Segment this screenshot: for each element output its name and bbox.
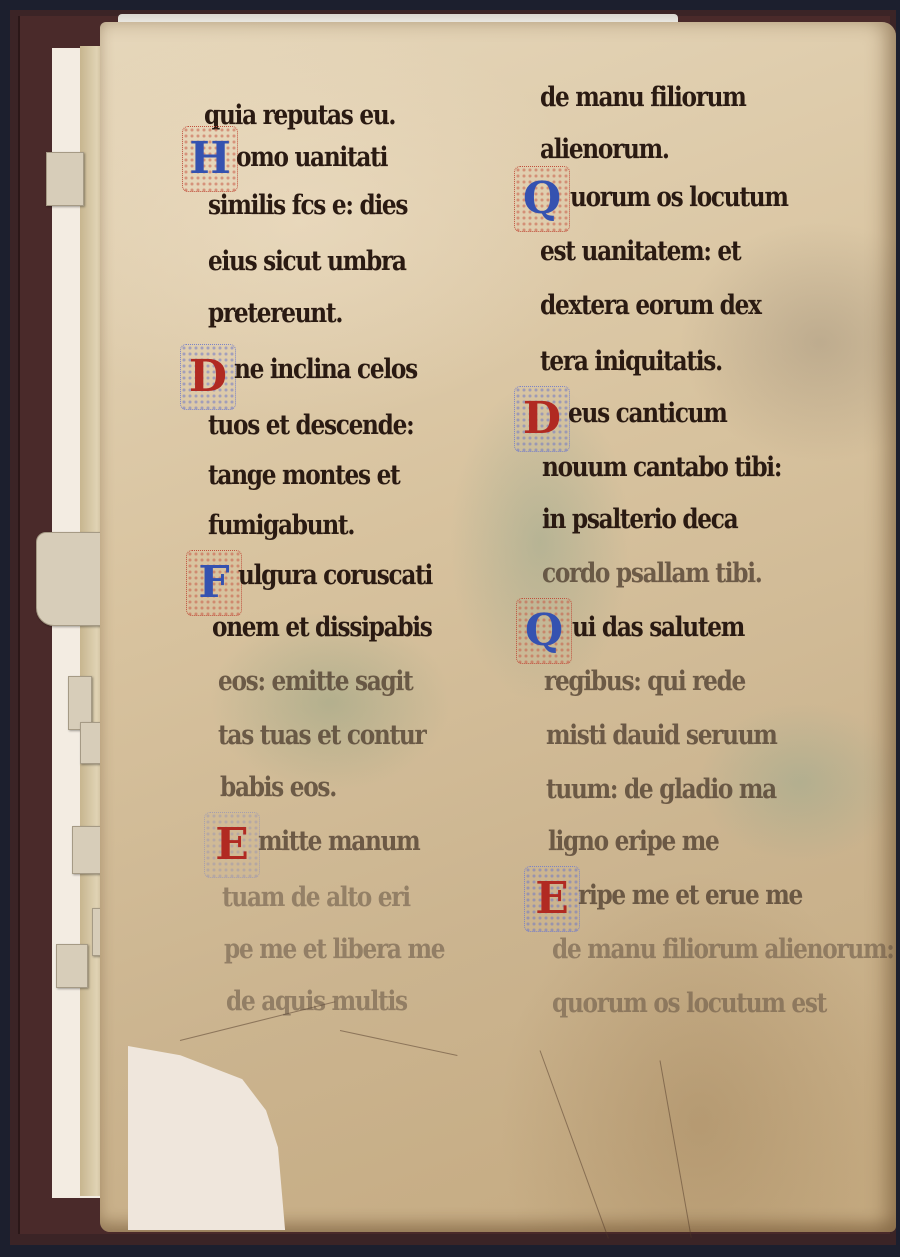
text-line: misti dauid seruum bbox=[546, 720, 777, 751]
illuminated-initial-e: E bbox=[210, 818, 254, 872]
text-line: eus canticum bbox=[568, 398, 727, 429]
text-line: nouum cantabo tibi: bbox=[542, 452, 781, 483]
text-line: tuam de alto eri bbox=[222, 882, 410, 913]
text-line: quorum os locutum est bbox=[552, 988, 826, 1019]
text-line: uorum os locutum bbox=[570, 182, 788, 213]
text-line: mitte manum bbox=[258, 826, 419, 857]
text-line: eius sicut umbra bbox=[208, 246, 406, 277]
text-line: alienorum. bbox=[540, 134, 669, 165]
illuminated-initial-f: F bbox=[192, 556, 236, 610]
text-line: ui das salutem bbox=[572, 612, 744, 643]
illuminated-initial-d2: D bbox=[520, 392, 564, 446]
illuminated-initial-d: D bbox=[186, 350, 230, 404]
text-line: tuum: de gladio ma bbox=[546, 774, 776, 805]
text-line: tange montes et bbox=[208, 460, 399, 491]
guard-tab bbox=[56, 944, 88, 988]
text-line: similis fcs e: dies bbox=[208, 190, 407, 221]
guard-tab bbox=[36, 532, 106, 626]
text-line: omo uanitati bbox=[236, 142, 387, 173]
illuminated-initial-q: Q bbox=[520, 172, 564, 226]
text-line: babis eos. bbox=[220, 772, 336, 803]
text-line: ligno eripe me bbox=[548, 826, 719, 857]
guard-tab bbox=[46, 152, 84, 206]
text-line: ulgura coruscati bbox=[238, 560, 432, 591]
illuminated-initial-e2: E bbox=[530, 872, 574, 926]
text-line: in psalterio deca bbox=[542, 504, 737, 535]
text-line: de manu filiorum bbox=[540, 82, 746, 113]
text-line: dextera eorum dex bbox=[540, 290, 761, 321]
text-line: regibus: qui rede bbox=[544, 666, 745, 697]
text-line: ne inclina celos bbox=[234, 354, 417, 385]
text-line: tuos et descende: bbox=[208, 410, 413, 441]
text-line: pretereunt. bbox=[208, 298, 342, 329]
text-line: fumigabunt. bbox=[208, 510, 354, 541]
text-line: tas tuas et contur bbox=[218, 720, 425, 751]
text-line: de aquis multis bbox=[226, 986, 407, 1017]
illuminated-initial-h: H bbox=[188, 132, 232, 186]
text-line: ripe me et erue me bbox=[578, 880, 802, 911]
text-line: est uanitatem: et bbox=[540, 236, 740, 267]
text-line: tera iniquitatis. bbox=[540, 346, 722, 377]
text-line: pe me et libera me bbox=[224, 934, 444, 965]
text-line: onem et dissipabis bbox=[212, 612, 432, 643]
illuminated-initial-q2: Q bbox=[522, 604, 566, 658]
text-line: de manu filiorum alienorum: bbox=[552, 934, 894, 965]
text-line: eos: emitte sagit bbox=[218, 666, 412, 697]
text-line: cordo psallam tibi. bbox=[542, 558, 762, 589]
